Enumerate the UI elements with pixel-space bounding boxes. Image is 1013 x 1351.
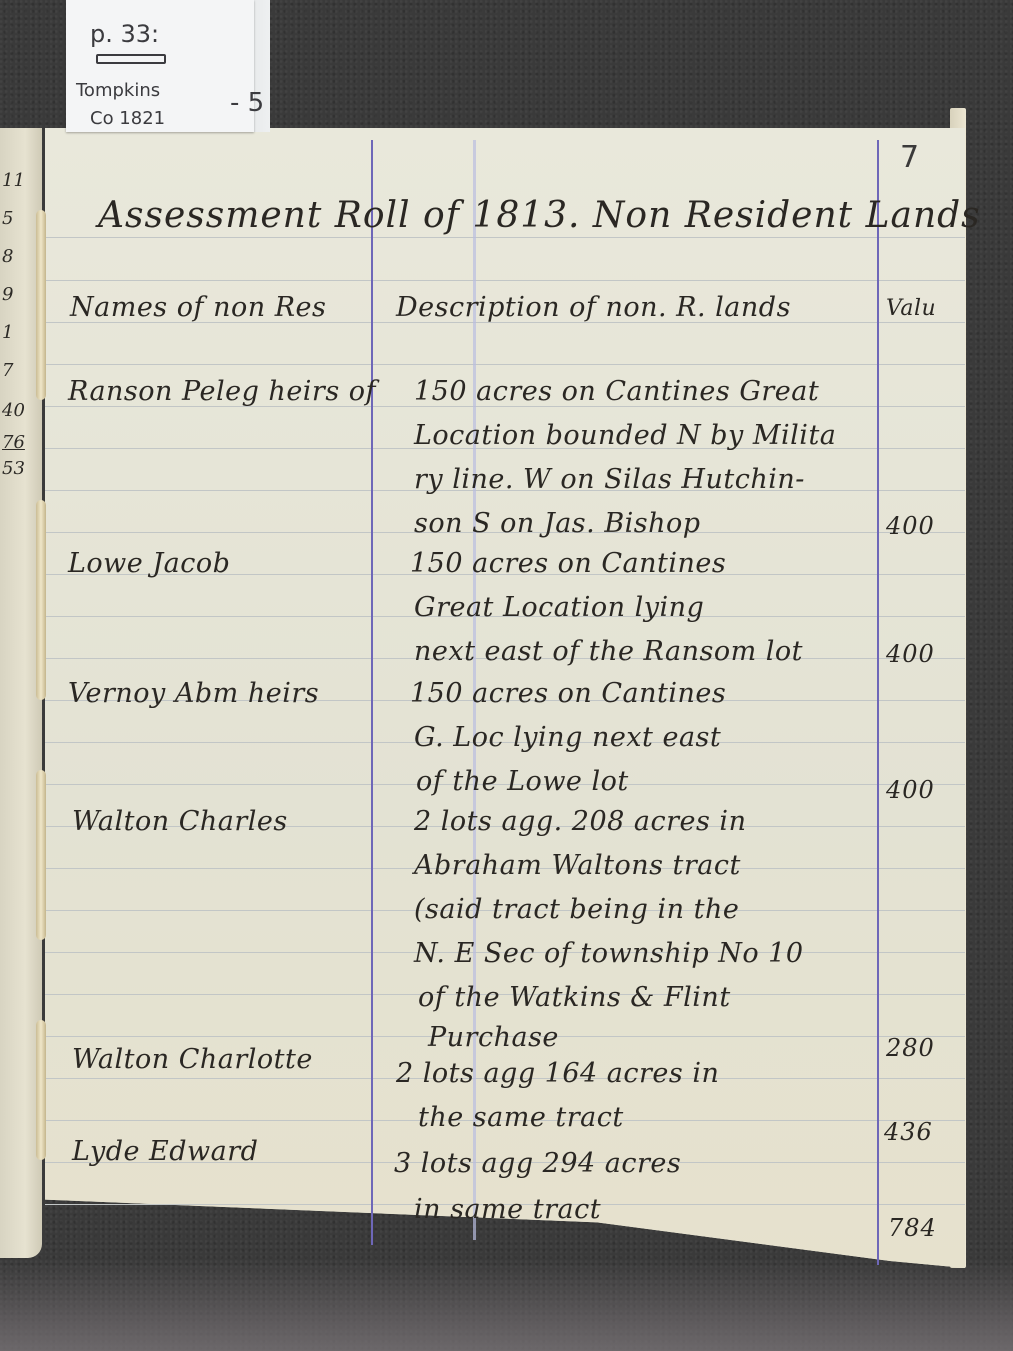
entry-description-line: 2 lots agg 164 acres in xyxy=(396,1058,719,1089)
entry-name: Lowe Jacob xyxy=(68,548,230,579)
entry-description-line: 2 lots agg. 208 acres in xyxy=(414,806,746,837)
entry-name: Lyde Edward xyxy=(72,1136,258,1167)
entry-name: Ranson Peleg heirs of xyxy=(68,376,376,407)
sticky-note-page-ref: p. 33: xyxy=(90,20,159,48)
underline-arrow-icon xyxy=(96,54,166,64)
column-header-value: Valu xyxy=(886,296,936,321)
ruled-line xyxy=(45,280,965,281)
entry-description-line: 150 acres on Cantines Great xyxy=(414,376,819,407)
stitch xyxy=(36,210,46,400)
entry-description-line: the same tract xyxy=(418,1102,624,1133)
margin-mark: 7 xyxy=(2,360,13,381)
ruled-line xyxy=(45,364,965,365)
entry-value: 400 xyxy=(886,512,935,540)
entry-description-line: ry line. W on Silas Hutchin- xyxy=(414,464,805,495)
entry-value: 784 xyxy=(888,1214,937,1242)
entry-description-line: N. E Sec of township No 10 xyxy=(414,938,804,969)
entry-description-line: son S on Jas. Bishop xyxy=(414,508,701,539)
entry-value: 400 xyxy=(886,640,935,668)
margin-mark: 76 xyxy=(2,432,25,453)
entry-value: 400 xyxy=(886,776,935,804)
margin-mark: 40 xyxy=(2,400,25,421)
entry-value: 280 xyxy=(886,1034,935,1062)
page-number: 7 xyxy=(900,140,920,175)
column-header-names: Names of non Res xyxy=(70,292,326,323)
entry-description-line: (said tract being in the xyxy=(414,894,739,925)
stitch xyxy=(36,500,46,700)
sticky-note-year: Co 1821 xyxy=(90,108,165,129)
column-divider-value xyxy=(877,140,879,1265)
entry-name: Walton Charlotte xyxy=(72,1044,313,1075)
ruled-line xyxy=(45,237,965,238)
background-surface xyxy=(0,1260,1013,1351)
binding-thread xyxy=(34,170,48,1170)
sticky-note: p. 33: Tompkins Co 1821 xyxy=(66,0,254,132)
entry-description-line: of the Lowe lot xyxy=(416,766,629,797)
entry-description-line: G. Loc lying next east xyxy=(414,722,721,753)
entry-description-line: Location bounded N by Milita xyxy=(414,420,836,451)
entry-description-line: 3 lots agg 294 acres xyxy=(394,1148,681,1179)
margin-mark: 9 xyxy=(2,284,13,305)
column-divider-names xyxy=(371,140,373,1245)
entry-description-line: next east of the Ransom lot xyxy=(414,636,803,667)
margin-mark: 5 xyxy=(2,208,13,229)
entry-description-line: 150 acres on Cantines xyxy=(410,678,726,709)
entry-description-line: Abraham Waltons tract xyxy=(414,850,741,881)
sticky-note-side-mark: - 5 xyxy=(230,88,264,118)
margin-mark: 8 xyxy=(2,246,13,267)
entry-value: 436 xyxy=(884,1118,933,1146)
margin-mark: 53 xyxy=(2,458,25,479)
entry-description-line: 150 acres on Cantines xyxy=(410,548,726,579)
sticky-note-county: Tompkins xyxy=(76,80,160,101)
stitch xyxy=(36,1020,46,1160)
entry-description-line: in same tract xyxy=(414,1194,601,1225)
margin-mark: 1 xyxy=(2,322,13,343)
entry-name: Vernoy Abm heirs xyxy=(68,678,319,709)
entry-name: Walton Charles xyxy=(72,806,288,837)
column-header-description: Description of non. R. lands xyxy=(396,292,791,323)
entry-description-line: Purchase xyxy=(428,1022,559,1053)
entry-description-line: Great Location lying xyxy=(414,592,704,623)
page-title: Assessment Roll of 1813. Non Resident La… xyxy=(98,195,981,236)
margin-mark: 11 xyxy=(2,170,25,191)
entry-description-line: of the Watkins & Flint xyxy=(418,982,731,1013)
stitch xyxy=(36,770,46,940)
